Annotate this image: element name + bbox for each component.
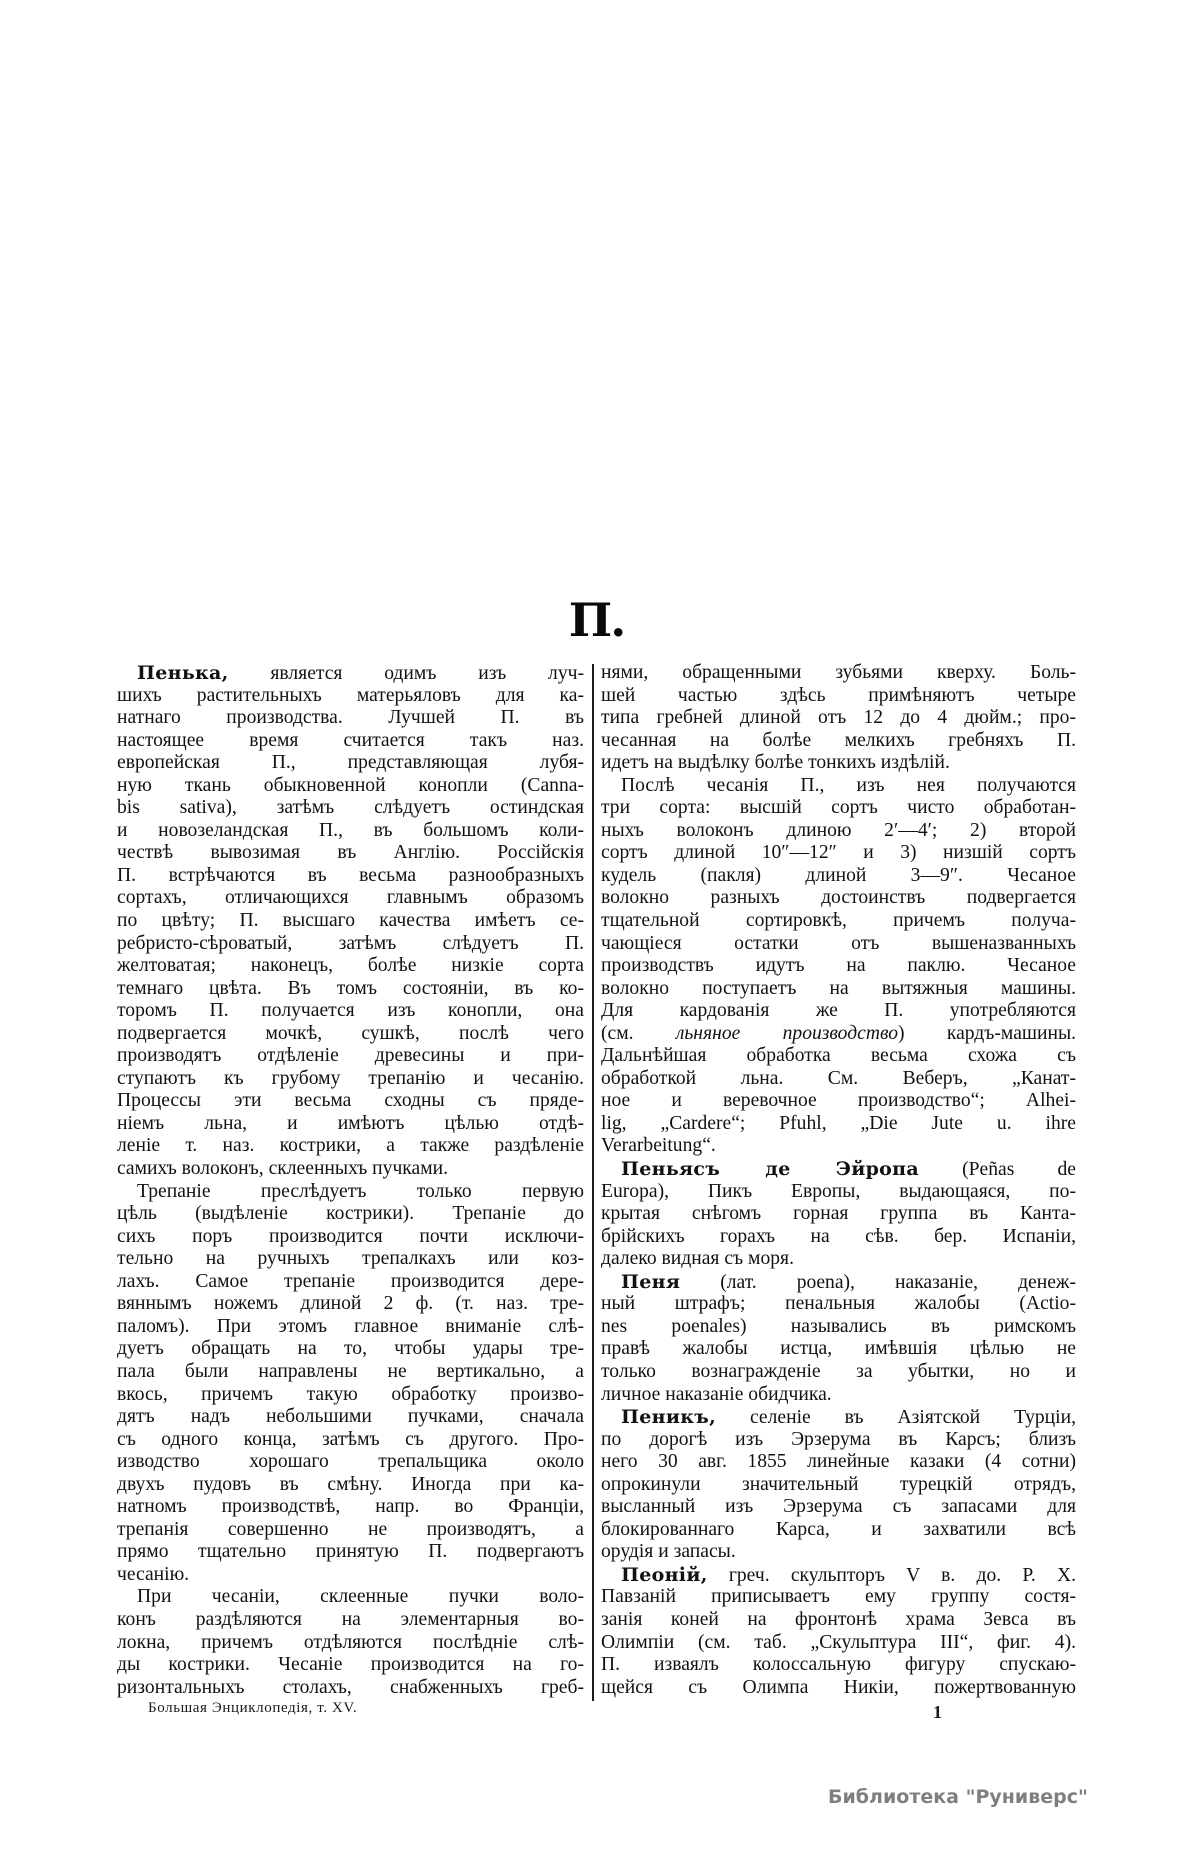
text-fragment: настоящее время считается такъ наз. <box>117 730 584 751</box>
line-content: Пенька, является одимъ изъ луч- <box>137 662 584 686</box>
text-fragment: натномъ производствѣ, напр. во Франціи, <box>117 1496 584 1517</box>
text-fragment: ) кардъ-машины. <box>898 1023 1076 1044</box>
line-content: занія коней на фронтонѣ храма Зевса въ <box>601 1609 1076 1632</box>
text-fragment: европейская П., представляющая лубя- <box>117 752 584 773</box>
line-content: Дальнѣйшая обработка весьма схожа съ <box>601 1045 1076 1068</box>
text-fragment: съ одного конца, затѣмъ съ другого. Про- <box>117 1429 584 1450</box>
text-fragment: производятъ отдѣленіе древесины и при- <box>117 1045 584 1066</box>
line-content: Процессы эти весьма сходны съ пряде- <box>117 1090 584 1113</box>
text-fragment: лахъ. Самое трепаніе производится дере- <box>117 1271 584 1292</box>
line-content: Для кардованія же П. употребляются <box>601 1000 1076 1023</box>
line-content: двухъ пудовъ въ смѣну. Иногда при ка- <box>117 1474 584 1497</box>
text-line: европейская П., представляющая лубя- <box>117 752 584 775</box>
line-content: сортахъ, отличающихся главнымъ образомъ <box>117 887 584 910</box>
text-line: lig, „Cardere“; Pfuhl, „Die Jute u. ihre <box>601 1113 1076 1136</box>
line-content: по дорогѣ изъ Эрзерума въ Карсъ; близъ <box>601 1429 1076 1452</box>
text-line: по дорогѣ изъ Эрзерума въ Карсъ; близъ <box>601 1429 1076 1452</box>
line-content: пала были направлены не вертикально, а <box>117 1361 584 1384</box>
line-content: Пеньясъ де Эйропа (Peñas de <box>621 1158 1076 1182</box>
text-fragment: занія коней на фронтонѣ храма Зевса въ <box>601 1609 1076 1630</box>
text-line: производствъ идутъ на паклю. Чесаное <box>601 955 1076 978</box>
left-column: Пенька, является одимъ изъ луч-шихъ раст… <box>117 662 584 1699</box>
text-fragment: высланный изъ Эрзерума съ запасами для <box>601 1496 1076 1517</box>
line-content: самихъ волоконъ, склеенныхъ пучками. <box>117 1158 584 1181</box>
line-content: Олимпіи (см. таб. „Скульптура III“, фиг.… <box>601 1632 1076 1655</box>
text-line: желтоватая; наконецъ, болѣе низкіе сорта <box>117 955 584 978</box>
text-line: конъ раздѣляются на элементарныя во- <box>117 1609 584 1632</box>
text-line: сортахъ, отличающихся главнымъ образомъ <box>117 887 584 910</box>
text-line: натномъ производствѣ, напр. во Франціи, <box>117 1496 584 1519</box>
text-line: крытая снѣгомъ горная группа въ Канта- <box>601 1203 1076 1226</box>
text-fragment: ніемъ льна, и имѣютъ цѣлью отдѣ- <box>117 1113 584 1134</box>
line-content: паломъ). При этомъ главное вниманіе слѣ- <box>117 1316 584 1339</box>
text-fragment: П. встрѣчаются въ весьма разнообразныхъ <box>117 865 584 886</box>
text-line: Процессы эти весьма сходны съ пряде- <box>117 1090 584 1113</box>
line-content: крытая снѣгомъ горная группа въ Канта- <box>601 1203 1076 1226</box>
text-fragment: орудія и запасы. <box>601 1541 736 1562</box>
text-fragment: леніе т. наз. кострики, а также раздѣлен… <box>117 1135 584 1156</box>
text-fragment: сортахъ, отличающихся главнымъ образомъ <box>117 887 584 908</box>
text-line: обработкой льна. См. Веберъ, „Канат- <box>601 1068 1076 1091</box>
text-line: тщательной сортировкѣ, причемъ получа- <box>601 910 1076 933</box>
text-fragment: является одимъ изъ луч- <box>229 663 584 684</box>
line-content: вяннымъ ножемъ длиной 2 ф. (т. наз. тре- <box>117 1293 584 1316</box>
line-content: производствъ идутъ на паклю. Чесаное <box>601 955 1076 978</box>
text-line: дятъ надъ небольшими пучками, сначала <box>117 1406 584 1429</box>
text-line: ребристо-сѣроватый, затѣмъ слѣдуетъ П. <box>117 933 584 956</box>
text-line: лахъ. Самое трепаніе производится дере- <box>117 1271 584 1294</box>
line-content: высланный изъ Эрзерума съ запасами для <box>601 1496 1076 1519</box>
text-fragment: ступаютъ къ грубому трепанію и чесанію. <box>117 1068 584 1089</box>
text-line: nes poenales) назывались въ римскомъ <box>601 1316 1076 1339</box>
text-line: занія коней на фронтонѣ храма Зевса въ <box>601 1609 1076 1632</box>
line-content: (см. льняное производство) кардъ-машины. <box>601 1023 1076 1046</box>
line-content: и новозеландская П., въ большомъ коли- <box>117 820 584 843</box>
line-content: ребристо-сѣроватый, затѣмъ слѣдуетъ П. <box>117 933 584 956</box>
text-line: настоящее время считается такъ наз. <box>117 730 584 753</box>
text-fragment: нями, обращенными зубьями кверху. Боль- <box>601 662 1076 683</box>
line-content: чесанная на болѣе мелкихъ гребняхъ П. <box>601 730 1076 753</box>
headword: Пеньясъ де Эйропа <box>621 1158 919 1180</box>
text-line: волокно разныхъ достоинствъ подвергается <box>601 887 1076 910</box>
text-fragment: Verarbeitung“. <box>601 1135 716 1156</box>
text-line: Дальнѣйшая обработка весьма схожа съ <box>601 1045 1076 1068</box>
text-line: вяннымъ ножемъ длиной 2 ф. (т. наз. тре- <box>117 1293 584 1316</box>
text-fragment: типа гребней длиной отъ 12 до 4 дюйм.; п… <box>601 707 1076 728</box>
line-content: производятъ отдѣленіе древесины и при- <box>117 1045 584 1068</box>
line-content: ды кострики. Чесаніе производится на го- <box>117 1654 584 1677</box>
text-line: При чесаніи, склеенные пучки воло- <box>117 1586 584 1609</box>
line-content: ную ткань обыкновенной конопли (Canna- <box>117 775 584 798</box>
text-line: ступаютъ къ грубому трепанію и чесанію. <box>117 1068 584 1091</box>
line-content: кудель (пакля) длиной 3—9″. Чесаное <box>601 865 1076 888</box>
text-fragment: подвергается мочкѣ, сушкѣ, послѣ чего <box>117 1023 584 1044</box>
text-line: торомъ П. получается изъ конопли, она <box>117 1000 584 1023</box>
text-line: чесанная на болѣе мелкихъ гребняхъ П. <box>601 730 1076 753</box>
text-fragment: щейся съ Олимпа Никіи, пожертвованную <box>601 1677 1076 1698</box>
text-fragment: шихъ растительныхъ матерьяловъ для ка- <box>117 685 584 706</box>
text-fragment: локна, причемъ отдѣляются послѣдніе слѣ- <box>117 1632 584 1653</box>
text-line: орудія и запасы. <box>601 1541 1076 1564</box>
right-column: нями, обращенными зубьями кверху. Боль-ш… <box>601 662 1076 1699</box>
text-fragment: цѣль (выдѣленіе кострики). Трепаніе до <box>117 1203 584 1224</box>
text-line: сортъ длиной 10″—12″ и 3) низшій сортъ <box>601 842 1076 865</box>
line-content: щейся съ Олимпа Никіи, пожертвованную <box>601 1677 1076 1700</box>
text-line: высланный изъ Эрзерума съ запасами для <box>601 1496 1076 1519</box>
text-line: локна, причемъ отдѣляются послѣдніе слѣ- <box>117 1632 584 1655</box>
text-fragment: ребристо-сѣроватый, затѣмъ слѣдуетъ П. <box>117 933 584 954</box>
text-fragment: чествѣ вывозимая въ Англію. Россійскія <box>117 842 584 863</box>
text-fragment: шей частью здѣсь примѣняютъ четыре <box>601 685 1076 706</box>
text-line: П. изваялъ колоссальную фигуру спускаю- <box>601 1654 1076 1677</box>
text-fragment: чесанная на болѣе мелкихъ гребняхъ П. <box>601 730 1076 751</box>
text-line: ное и веревочное производство“; Alhei- <box>601 1090 1076 1113</box>
text-line: Трепаніе преслѣдуетъ только первую <box>117 1181 584 1204</box>
text-fragment: пала были направлены не вертикально, а <box>117 1361 584 1382</box>
text-line: Europa), Пикъ Европы, выдающаяся, по- <box>601 1181 1076 1204</box>
text-fragment: тщательной сортировкѣ, причемъ получа- <box>601 910 1076 931</box>
line-content: Verarbeitung“. <box>601 1135 1076 1158</box>
line-content: леніе т. наз. кострики, а также раздѣлен… <box>117 1135 584 1158</box>
text-fragment: торомъ П. получается изъ конопли, она <box>117 1000 584 1021</box>
text-fragment: личное наказаніе обидчика. <box>601 1384 832 1405</box>
footer-volume-title: Большая Энциклопедія, т. XV. <box>148 1700 357 1717</box>
text-line: П. встрѣчаются въ весьма разнообразныхъ <box>117 865 584 888</box>
line-content: дятъ надъ небольшими пучками, сначала <box>117 1406 584 1429</box>
line-content: ныхъ волоконъ длиною 2′—4′; 2) второй <box>601 820 1076 843</box>
text-line: правѣ жалобы истца, имѣвшія цѣлью не <box>601 1338 1076 1361</box>
text-fragment: греч. скульпторъ V в. до. Р. Х. <box>708 1565 1076 1586</box>
text-fragment: волокно разныхъ достоинствъ подвергается <box>601 887 1076 908</box>
line-content: локна, причемъ отдѣляются послѣдніе слѣ- <box>117 1632 584 1655</box>
text-fragment: опрокинули значительный турецкій отрядъ, <box>601 1474 1076 1495</box>
text-line: блокированнаго Карса, и захватили всѣ <box>601 1519 1076 1542</box>
text-line: дуетъ обращать на то, чтобы удары тре- <box>117 1338 584 1361</box>
line-content: Europa), Пикъ Европы, выдающаяся, по- <box>601 1181 1076 1204</box>
text-fragment: вкось, причемъ такую обработку произво- <box>117 1384 584 1405</box>
text-line: паломъ). При этомъ главное вниманіе слѣ- <box>117 1316 584 1339</box>
text-line: Олимпіи (см. таб. „Скульптура III“, фиг.… <box>601 1632 1076 1655</box>
text-line: идетъ на выдѣлку болѣе тонкихъ издѣлій. <box>601 752 1076 775</box>
text-line: него 30 авг. 1855 линейные казаки (4 сот… <box>601 1451 1076 1474</box>
text-fragment: двухъ пудовъ въ смѣну. Иногда при ка- <box>117 1474 584 1495</box>
text-line: нями, обращенными зубьями кверху. Боль- <box>601 662 1076 685</box>
library-watermark: Библиотека "Руниверс" <box>828 1786 1088 1808</box>
line-content: типа гребней длиной отъ 12 до 4 дюйм.; п… <box>601 707 1076 730</box>
text-line: ніемъ льна, и имѣютъ цѣлью отдѣ- <box>117 1113 584 1136</box>
text-line: волокно поступаетъ на вытяжныя машины. <box>601 978 1076 1001</box>
line-content: Пеоній, греч. скульпторъ V в. до. Р. Х. <box>621 1564 1076 1588</box>
text-line: вкось, причемъ такую обработку произво- <box>117 1384 584 1407</box>
text-fragment: ный штрафъ; пенальныя жалобы (Actio- <box>601 1293 1076 1314</box>
text-fragment: темнаго цвѣта. Въ томъ состояніи, въ ко- <box>117 978 584 999</box>
text-fragment: Europa), Пикъ Европы, выдающаяся, по- <box>601 1181 1076 1202</box>
text-fragment: ную ткань обыкновенной конопли (Canna- <box>117 775 584 796</box>
text-line: кудель (пакля) длиной 3—9″. Чесаное <box>601 865 1076 888</box>
headword: Пенька, <box>137 662 229 684</box>
line-content: ризонтальныхъ столахъ, снабженныхъ греб- <box>117 1677 584 1700</box>
text-fragment: (Peñas de <box>919 1159 1076 1180</box>
line-content: Пеникъ, селеніе въ Азіятской Турціи, <box>621 1406 1076 1430</box>
line-content: При чесаніи, склеенные пучки воло- <box>137 1586 584 1609</box>
text-fragment: по цвѣту; П. высшаго качества имѣетъ се- <box>117 910 584 931</box>
text-line: Послѣ чесанія П., изъ нея получаются <box>601 775 1076 798</box>
text-fragment: Павзаній приписываетъ ему группу состя- <box>601 1586 1076 1607</box>
text-line: по цвѣту; П. высшаго качества имѣетъ се- <box>117 910 584 933</box>
line-content: шихъ растительныхъ матерьяловъ для ка- <box>117 685 584 708</box>
text-line: Павзаній приписываетъ ему группу состя- <box>601 1586 1076 1609</box>
text-line: чесанію. <box>117 1564 584 1587</box>
text-fragment: производствъ идутъ на паклю. Чесаное <box>601 955 1076 976</box>
text-fragment: вяннымъ ножемъ длиной 2 ф. (т. наз. тре- <box>117 1293 584 1314</box>
text-fragment: изводство хорошаго трепальщика около <box>117 1451 584 1472</box>
text-line: подвергается мочкѣ, сушкѣ, послѣ чего <box>117 1023 584 1046</box>
text-fragment: Олимпіи (см. таб. „Скульптура III“, фиг.… <box>601 1632 1076 1653</box>
text-fragment: сортъ длиной 10″—12″ и 3) низшій сортъ <box>601 842 1076 863</box>
text-fragment: натнаго производства. Лучшей П. въ <box>117 707 584 728</box>
text-fragment: самихъ волоконъ, склеенныхъ пучками. <box>117 1158 448 1179</box>
line-content: конъ раздѣляются на элементарныя во- <box>117 1609 584 1632</box>
text-line: пала были направлены не вертикально, а <box>117 1361 584 1384</box>
line-content: только вознагражденіе за убытки, но и <box>601 1361 1076 1384</box>
text-fragment: обработкой льна. См. Веберъ, „Канат- <box>601 1068 1076 1089</box>
line-content: ный штрафъ; пенальныя жалобы (Actio- <box>601 1293 1076 1316</box>
text-line: цѣль (выдѣленіе кострики). Трепаніе до <box>117 1203 584 1226</box>
line-content: тщательной сортировкѣ, причемъ получа- <box>601 910 1076 933</box>
text-line: ную ткань обыкновенной конопли (Canna- <box>117 775 584 798</box>
text-fragment: ное и веревочное производство“; Alhei- <box>601 1090 1076 1111</box>
text-fragment: три сорта: высшій сортъ чисто обработан- <box>601 797 1076 818</box>
line-content: lig, „Cardere“; Pfuhl, „Die Jute u. ihre <box>601 1113 1076 1136</box>
text-fragment: Послѣ чесанія П., изъ нея получаются <box>621 775 1076 796</box>
text-fragment: П. изваялъ колоссальную фигуру спускаю- <box>601 1654 1076 1675</box>
article-start-line: Пеоній, греч. скульпторъ V в. до. Р. Х. <box>601 1564 1076 1587</box>
line-content: nes poenales) назывались въ римскомъ <box>601 1316 1076 1339</box>
text-fragment: nes poenales) назывались въ римскомъ <box>601 1316 1076 1337</box>
text-fragment: и новозеландская П., въ большомъ коли- <box>117 820 584 841</box>
text-line: съ одного конца, затѣмъ съ другого. Про- <box>117 1429 584 1452</box>
line-content: Пеня (лат. poena), наказаніе, денеж- <box>621 1271 1076 1295</box>
line-content: изводство хорошаго трепальщика около <box>117 1451 584 1474</box>
text-fragment: чающіеся остатки отъ вышеназванныхъ <box>601 933 1076 954</box>
text-line: самихъ волоконъ, склеенныхъ пучками. <box>117 1158 584 1181</box>
letter-heading: П. <box>0 594 1193 646</box>
text-line: чествѣ вывозимая въ Англію. Россійскія <box>117 842 584 865</box>
text-fragment: кудель (пакля) длиной 3—9″. Чесаное <box>601 865 1076 886</box>
text-fragment: по дорогѣ изъ Эрзерума въ Карсъ; близъ <box>601 1429 1076 1450</box>
text-fragment: селеніе въ Азіятской Турціи, <box>716 1407 1076 1428</box>
text-line: ныхъ волоконъ длиною 2′—4′; 2) второй <box>601 820 1076 843</box>
text-fragment: трепанія совершенно не производятъ, а <box>117 1519 584 1540</box>
text-line: прямо тщательно принятую П. подвергаютъ <box>117 1541 584 1564</box>
article-start-line: Пеникъ, селеніе въ Азіятской Турціи, <box>601 1406 1076 1429</box>
article-start-line: Пенька, является одимъ изъ луч- <box>117 662 584 685</box>
line-content: обработкой льна. См. Веберъ, „Канат- <box>601 1068 1076 1091</box>
line-content: нями, обращенными зубьями кверху. Боль- <box>601 662 1076 685</box>
line-content: тельно на ручныхъ трепалкахъ или коз- <box>117 1248 584 1271</box>
text-fragment: При чесаніи, склеенные пучки воло- <box>137 1586 584 1607</box>
line-content: далеко видная съ моря. <box>601 1248 1076 1271</box>
headword: Пеоній, <box>621 1564 708 1586</box>
line-content: личное наказаніе обидчика. <box>601 1384 1076 1407</box>
line-content: П. изваялъ колоссальную фигуру спускаю- <box>601 1654 1076 1677</box>
line-content: по цвѣту; П. высшаго качества имѣетъ се- <box>117 910 584 933</box>
text-line: ды кострики. Чесаніе производится на го- <box>117 1654 584 1677</box>
headword: Пеникъ, <box>621 1406 716 1428</box>
line-content: цѣль (выдѣленіе кострики). Трепаніе до <box>117 1203 584 1226</box>
line-content: ніемъ льна, и имѣютъ цѣлью отдѣ- <box>117 1113 584 1136</box>
line-content: темнаго цвѣта. Въ томъ состояніи, въ ко- <box>117 978 584 1001</box>
text-fragment: lig, „Cardere“; Pfuhl, „Die Jute u. ihre <box>601 1113 1076 1134</box>
text-fragment: блокированнаго Карса, и захватили всѣ <box>601 1519 1076 1540</box>
text-line: ный штрафъ; пенальныя жалобы (Actio- <box>601 1293 1076 1316</box>
line-content: чающіеся остатки отъ вышеназванныхъ <box>601 933 1076 956</box>
text-line: производятъ отдѣленіе древесины и при- <box>117 1045 584 1068</box>
text-fragment: конъ раздѣляются на элементарныя во- <box>117 1609 584 1630</box>
text-line: ризонтальныхъ столахъ, снабженныхъ греб- <box>117 1677 584 1700</box>
line-content: торомъ П. получается изъ конопли, она <box>117 1000 584 1023</box>
line-content: сортъ длиной 10″—12″ и 3) низшій сортъ <box>601 842 1076 865</box>
article-start-line: Пеньясъ де Эйропа (Peñas de <box>601 1158 1076 1181</box>
text-line: только вознагражденіе за убытки, но и <box>601 1361 1076 1384</box>
text-line: три сорта: высшій сортъ чисто обработан- <box>601 797 1076 820</box>
line-content: чесанію. <box>117 1564 584 1587</box>
text-line: трепанія совершенно не производятъ, а <box>117 1519 584 1542</box>
line-content: европейская П., представляющая лубя- <box>117 752 584 775</box>
text-fragment: паломъ). При этомъ главное вниманіе слѣ- <box>117 1316 584 1337</box>
text-line: и новозеландская П., въ большомъ коли- <box>117 820 584 843</box>
line-content: лахъ. Самое трепаніе производится дере- <box>117 1271 584 1294</box>
line-content: Трепаніе преслѣдуетъ только первую <box>137 1181 584 1204</box>
line-content: подвергается мочкѣ, сушкѣ, послѣ чего <box>117 1023 584 1046</box>
text-fragment: bis sativa), затѣмъ слѣдуетъ остиндская <box>117 797 584 818</box>
text-line: опрокинули значительный турецкій отрядъ, <box>601 1474 1076 1497</box>
text-fragment: Трепаніе преслѣдуетъ только первую <box>137 1181 584 1202</box>
text-line: изводство хорошаго трепальщика около <box>117 1451 584 1474</box>
line-content: трепанія совершенно не производятъ, а <box>117 1519 584 1542</box>
text-fragment: крытая снѣгомъ горная группа въ Канта- <box>601 1203 1076 1224</box>
line-content: натнаго производства. Лучшей П. въ <box>117 707 584 730</box>
column-divider <box>592 664 594 1701</box>
headword: Пеня <box>621 1271 680 1293</box>
text-fragment: волокно поступаетъ на вытяжныя машины. <box>601 978 1076 999</box>
line-content: ное и веревочное производство“; Alhei- <box>601 1090 1076 1113</box>
text-line: двухъ пудовъ въ смѣну. Иногда при ка- <box>117 1474 584 1497</box>
text-fragment: Для кардованія же П. употребляются <box>601 1000 1076 1021</box>
cross-reference-italic: льняное производство <box>676 1023 898 1044</box>
text-fragment: брійскихъ горахъ на сѣв. бер. Испаніи, <box>601 1226 1076 1247</box>
text-fragment: сихъ поръ производится почти исключи- <box>117 1226 584 1247</box>
text-fragment: него 30 авг. 1855 линейные казаки (4 сот… <box>601 1451 1076 1472</box>
text-fragment: дуетъ обращать на то, чтобы удары тре- <box>117 1338 584 1359</box>
line-content: дуетъ обращать на то, чтобы удары тре- <box>117 1338 584 1361</box>
line-content: bis sativa), затѣмъ слѣдуетъ остиндская <box>117 797 584 820</box>
text-fragment: ды кострики. Чесаніе производится на го- <box>117 1654 584 1675</box>
text-fragment: (лат. poena), наказаніе, денеж- <box>680 1272 1076 1293</box>
text-fragment: желтоватая; наконецъ, болѣе низкіе сорта <box>117 955 584 976</box>
text-line: чающіеся остатки отъ вышеназванныхъ <box>601 933 1076 956</box>
line-content: правѣ жалобы истца, имѣвшія цѣлью не <box>601 1338 1076 1361</box>
text-line: шей частью здѣсь примѣняютъ четыре <box>601 685 1076 708</box>
line-content: настоящее время считается такъ наз. <box>117 730 584 753</box>
text-fragment: Дальнѣйшая обработка весьма схожа съ <box>601 1045 1076 1066</box>
text-fragment: ныхъ волоконъ длиною 2′—4′; 2) второй <box>601 820 1076 841</box>
text-fragment: ризонтальныхъ столахъ, снабженныхъ греб- <box>117 1677 584 1698</box>
line-content: сихъ поръ производится почти исключи- <box>117 1226 584 1249</box>
text-fragment: идетъ на выдѣлку болѣе тонкихъ издѣлій. <box>601 752 950 773</box>
line-content: желтоватая; наконецъ, болѣе низкіе сорта <box>117 955 584 978</box>
page-number: 1 <box>933 1702 942 1723</box>
text-fragment: Процессы эти весьма сходны съ пряде- <box>117 1090 584 1111</box>
line-content: волокно разныхъ достоинствъ подвергается <box>601 887 1076 910</box>
line-content: ступаютъ къ грубому трепанію и чесанію. <box>117 1068 584 1091</box>
text-line: натнаго производства. Лучшей П. въ <box>117 707 584 730</box>
text-line: типа гребней длиной отъ 12 до 4 дюйм.; п… <box>601 707 1076 730</box>
text-fragment: чесанію. <box>117 1564 189 1585</box>
line-content: Павзаній приписываетъ ему группу состя- <box>601 1586 1076 1609</box>
text-line: брійскихъ горахъ на сѣв. бер. Испаніи, <box>601 1226 1076 1249</box>
line-content: съ одного конца, затѣмъ съ другого. Про- <box>117 1429 584 1452</box>
text-fragment: тельно на ручныхъ трепалкахъ или коз- <box>117 1248 584 1269</box>
text-line: щейся съ Олимпа Никіи, пожертвованную <box>601 1677 1076 1700</box>
text-fragment: правѣ жалобы истца, имѣвшія цѣлью не <box>601 1338 1076 1359</box>
text-line: Для кардованія же П. употребляются <box>601 1000 1076 1023</box>
line-content: него 30 авг. 1855 линейные казаки (4 сот… <box>601 1451 1076 1474</box>
text-fragment: (см. <box>601 1023 676 1044</box>
line-content: опрокинули значительный турецкій отрядъ, <box>601 1474 1076 1497</box>
line-content: шей частью здѣсь примѣняютъ четыре <box>601 685 1076 708</box>
line-content: натномъ производствѣ, напр. во Франціи, <box>117 1496 584 1519</box>
line-content: Послѣ чесанія П., изъ нея получаются <box>621 775 1076 798</box>
line-content: идетъ на выдѣлку болѣе тонкихъ издѣлій. <box>601 752 1076 775</box>
text-fragment: только вознагражденіе за убытки, но и <box>601 1361 1076 1382</box>
line-content: блокированнаго Карса, и захватили всѣ <box>601 1519 1076 1542</box>
article-start-line: Пеня (лат. poena), наказаніе, денеж- <box>601 1271 1076 1294</box>
text-line: личное наказаніе обидчика. <box>601 1384 1076 1407</box>
text-line: шихъ растительныхъ матерьяловъ для ка- <box>117 685 584 708</box>
line-content: прямо тщательно принятую П. подвергаютъ <box>117 1541 584 1564</box>
text-line: bis sativa), затѣмъ слѣдуетъ остиндская <box>117 797 584 820</box>
line-content: три сорта: высшій сортъ чисто обработан- <box>601 797 1076 820</box>
text-line: Verarbeitung“. <box>601 1135 1076 1158</box>
text-fragment: прямо тщательно принятую П. подвергаютъ <box>117 1541 584 1562</box>
text-line: (см. льняное производство) кардъ-машины. <box>601 1023 1076 1046</box>
line-content: волокно поступаетъ на вытяжныя машины. <box>601 978 1076 1001</box>
line-content: П. встрѣчаются въ весьма разнообразныхъ <box>117 865 584 888</box>
text-fragment: далеко видная съ моря. <box>601 1248 794 1269</box>
line-content: орудія и запасы. <box>601 1541 1076 1564</box>
text-line: далеко видная съ моря. <box>601 1248 1076 1271</box>
line-content: брійскихъ горахъ на сѣв. бер. Испаніи, <box>601 1226 1076 1249</box>
text-line: темнаго цвѣта. Въ томъ состояніи, въ ко- <box>117 978 584 1001</box>
line-content: чествѣ вывозимая въ Англію. Россійскія <box>117 842 584 865</box>
text-line: сихъ поръ производится почти исключи- <box>117 1226 584 1249</box>
text-line: леніе т. наз. кострики, а также раздѣлен… <box>117 1135 584 1158</box>
text-fragment: дятъ надъ небольшими пучками, сначала <box>117 1406 584 1427</box>
line-content: вкось, причемъ такую обработку произво- <box>117 1384 584 1407</box>
text-line: тельно на ручныхъ трепалкахъ или коз- <box>117 1248 584 1271</box>
